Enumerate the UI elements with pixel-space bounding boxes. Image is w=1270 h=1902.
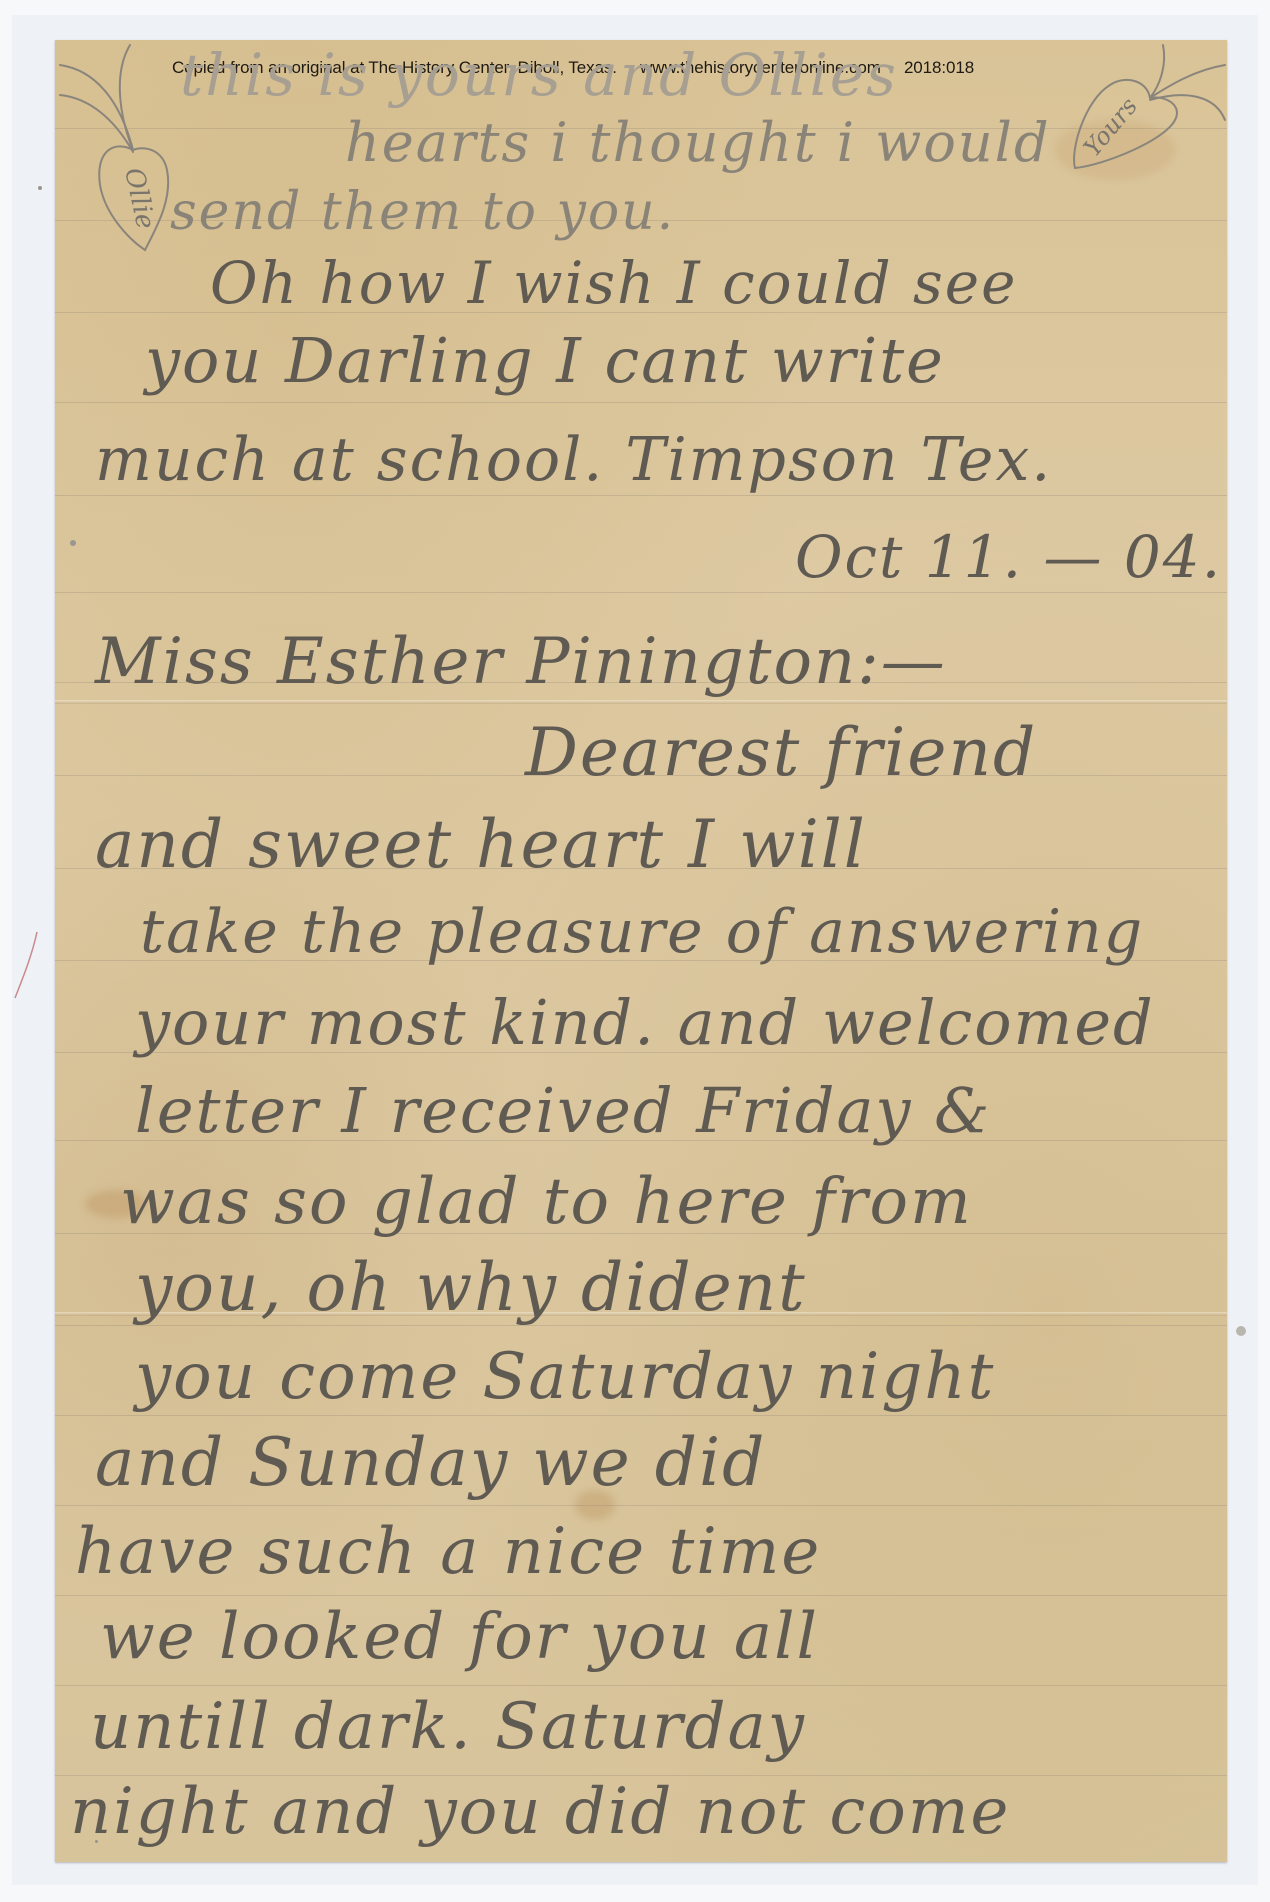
- letter-line: and Sunday we did: [95, 1430, 766, 1496]
- letter-line: you Darling I cant write: [145, 330, 945, 392]
- ruled-line: [55, 592, 1227, 593]
- letter-line: letter I received Friday &: [135, 1080, 991, 1142]
- letter-line: take the pleasure of answering: [140, 902, 1144, 962]
- fold-crease: [55, 700, 1227, 704]
- ruled-line: [55, 402, 1227, 403]
- letter-page: Copied from an original at The History C…: [55, 40, 1227, 1862]
- ruled-line: [55, 495, 1227, 496]
- svg-text:Yours: Yours: [1078, 92, 1143, 162]
- letter-line: night and you did not come: [70, 1780, 1010, 1844]
- ruled-line: [55, 1505, 1227, 1506]
- letter-line: this is yours and Ollies: [180, 46, 898, 104]
- letter-date: Oct 11. — 04.: [795, 528, 1222, 586]
- letter-line: was so glad to here from: [120, 1170, 973, 1234]
- right-heart-doodle-icon: Yours: [1055, 40, 1227, 190]
- speck: [70, 540, 76, 546]
- ruled-line: [55, 1415, 1227, 1416]
- letter-line: untill dark. Saturday: [90, 1695, 806, 1759]
- ruled-line: [55, 1595, 1227, 1596]
- letter-line: you come Saturday night: [135, 1345, 995, 1409]
- letter-line: and sweet heart I will: [95, 812, 867, 878]
- letter-salutation: Dearest friend: [525, 720, 1037, 786]
- svg-text:Ollie: Ollie: [118, 165, 160, 232]
- letter-line: your most kind. and welcomed: [135, 992, 1155, 1054]
- ruled-line: [55, 1685, 1227, 1686]
- red-pencil-mark-icon: [12, 930, 42, 1000]
- letter-recipient: Miss Esther Pinington:—: [95, 630, 947, 694]
- speck: [38, 186, 42, 190]
- speck: [1236, 1326, 1246, 1336]
- letter-line: much at school. Timpson Tex.: [95, 430, 1052, 490]
- letter-line: Oh how I wish I could see: [210, 254, 1017, 312]
- letter-line: you, oh why dident: [135, 1255, 807, 1321]
- letter-line: hearts i thought i would: [345, 116, 1051, 170]
- letter-line: have such a nice time: [75, 1520, 821, 1584]
- letter-line: we looked for you all: [100, 1605, 819, 1669]
- letter-line: send them to you.: [170, 186, 675, 238]
